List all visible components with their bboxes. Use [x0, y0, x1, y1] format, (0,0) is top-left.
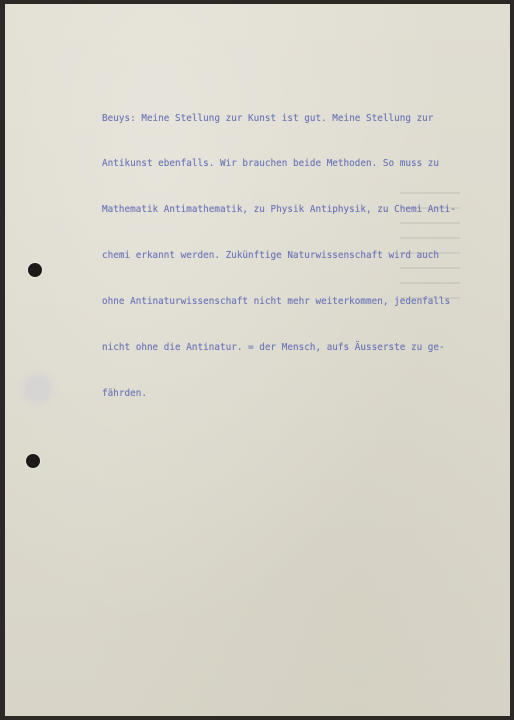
paper-page: Beuys: Meine Stellung zur Kunst ist gut.… — [5, 4, 510, 716]
ink-smudge — [23, 374, 53, 404]
text-line: Antikunst ebenfalls. Wir brauchen beide … — [102, 156, 502, 171]
text-line: chemi erkannt werden. Zukünftige Naturwi… — [102, 248, 502, 263]
text-line: Mathematik Antimathematik, zu Physik Ant… — [102, 202, 502, 217]
punch-hole-top — [28, 263, 42, 277]
punch-hole-bottom — [26, 454, 40, 468]
typewritten-text: Beuys: Meine Stellung zur Kunst ist gut.… — [102, 80, 502, 432]
text-line: nicht ohne die Antinatur. = der Mensch, … — [102, 340, 502, 355]
text-line: ohne Antinaturwissenschaft nicht mehr we… — [102, 294, 502, 309]
text-line: fährden. — [102, 386, 502, 401]
scanned-document: Beuys: Meine Stellung zur Kunst ist gut.… — [0, 0, 514, 720]
text-line: Beuys: Meine Stellung zur Kunst ist gut.… — [102, 111, 502, 126]
